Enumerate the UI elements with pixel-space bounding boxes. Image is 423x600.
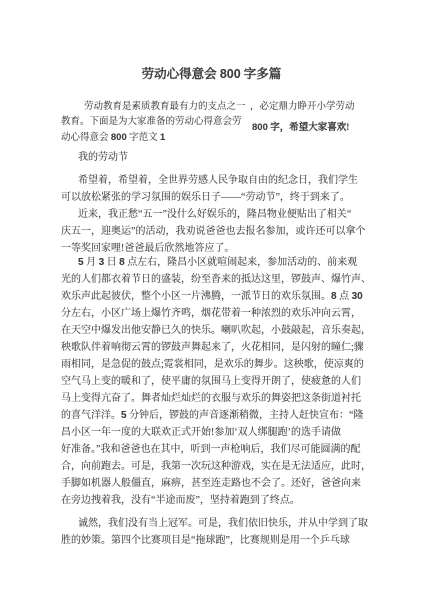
paragraph: 诚然，我们没有当上冠军。可是，我们依旧快乐，并从中学到了取 胜的妙策。第四个比赛… bbox=[61, 515, 363, 549]
text-line: 诚然，我们没有当上冠军。可是，我们依旧快乐，并从中学到了取 bbox=[61, 515, 363, 532]
paragraph: 5 月 3 日 8 点左右，隆昌小区就喧闹起来，参加活动的、前来观 光的人们都衣… bbox=[61, 254, 363, 509]
intro-line2-right: 800 字，希望大家喜欢! bbox=[252, 120, 349, 136]
text-line: 在天空中爆发出他安静已久的快乐。喇叭吹起，小鼓敲起，音乐奏起， bbox=[61, 322, 363, 339]
text-line: 可以放松紧张的学习氛围的娱乐日子——“劳动节”，终于到来了。 bbox=[61, 189, 363, 206]
text-line: 光的人们都衣着节日的盛装，纷至沓来的抵达这里，锣鼓声、爆竹声、 bbox=[61, 271, 363, 288]
intro-line3-left: 动心得意会 800 字范文 1 bbox=[61, 130, 165, 146]
text-line: 分左右，小区广场上爆竹齐鸣，烟花带着一种浓烈的欢乐冲向云霄， bbox=[61, 305, 363, 322]
paragraph: 希望着，希望着，全世界劳感人民争取自由的纪念日，我们学生 可以放松紧张的学习氛围… bbox=[61, 172, 363, 206]
text-line: 马上变得亢奋了。舞者灿烂灿烂的衣服与欢乐的舞姿把这条街道衬托 bbox=[61, 390, 363, 407]
text-line: 的喜气洋洋。5 分钟后，锣鼓的声音逐渐稍微，主持人赶快宣布：“隆 bbox=[61, 407, 363, 424]
text-line: 昌小区一年一度的大联欢正式开始!参加‘双人绑腿跑’的选手请做 bbox=[61, 424, 363, 441]
text-line: 近来，我正愁“五一”没什么好娱乐的，隆昌物业便贴出了相关“ bbox=[61, 206, 363, 223]
document-page: { "page": { "background": "#ffffff", "te… bbox=[0, 0, 423, 600]
text-line: 胜的妙策。第四个比赛项目是“拖球跑”，比赛规则是用一个乒乓球 bbox=[61, 532, 363, 549]
text-line: 好准备。”我和爸爸也在其中，听到一声枪响后，我们尽可能圆满的配 bbox=[61, 441, 363, 458]
intro-line2-left: 教育。下面是为大家准备的劳动心得意会劳 bbox=[61, 115, 242, 130]
text-line: 5 月 3 日 8 点左右，隆昌小区就喧闹起来，参加活动的、前来观 bbox=[61, 254, 363, 271]
intro-line1-right: ，必定鼎力睁开小学劳动 bbox=[250, 100, 355, 115]
paragraph: 近来，我正愁“五一”没什么好娱乐的，隆昌物业便贴出了相关“ 庆五一，迎奥运”的活… bbox=[61, 206, 363, 257]
text-line: 欢乐声此起彼伏，整个小区一片沸腾，一派节日的欢乐氛围。8 点 30 bbox=[61, 288, 363, 305]
intro-line1-left: 劳动教育是素质教育最有力的支点之一 bbox=[84, 100, 246, 115]
text-line: 秧歌队伴着响彻云霄的锣鼓声舞起来了，火花相同，是闪射的瞳仁;骤 bbox=[61, 339, 363, 356]
text-line: 合，向前跑去。可是，我第一次玩这种游戏，实在是无法适应，此时， bbox=[61, 458, 363, 475]
text-line: 雨相同，是急促的鼓点;霓裳相同，是欢乐的舞步。这秧歌，使凉爽的 bbox=[61, 356, 363, 373]
section-subtitle: 我的劳动节 bbox=[78, 151, 128, 165]
text-line: 空气马上变的暖和了，使平庸的氛围马上变得开朗了，使疲惫的人们 bbox=[61, 373, 363, 390]
text-line: 庆五一，迎奥运”的活动，我劝说爸爸也去报名参加，或许还可以拿个 bbox=[61, 223, 363, 240]
page-title: 劳动心得意会 800 字多篇 bbox=[0, 66, 423, 82]
text-line: 希望着，希望着，全世界劳感人民争取自由的纪念日，我们学生 bbox=[61, 172, 363, 189]
text-line: 在旁边拽着我，没有“半途而废”，坚持着跑到了终点。 bbox=[61, 492, 363, 509]
text-line: 手脚如机器人般僵直，麻痹，甚至连走路也不会了。还好，爸爸向来 bbox=[61, 475, 363, 492]
